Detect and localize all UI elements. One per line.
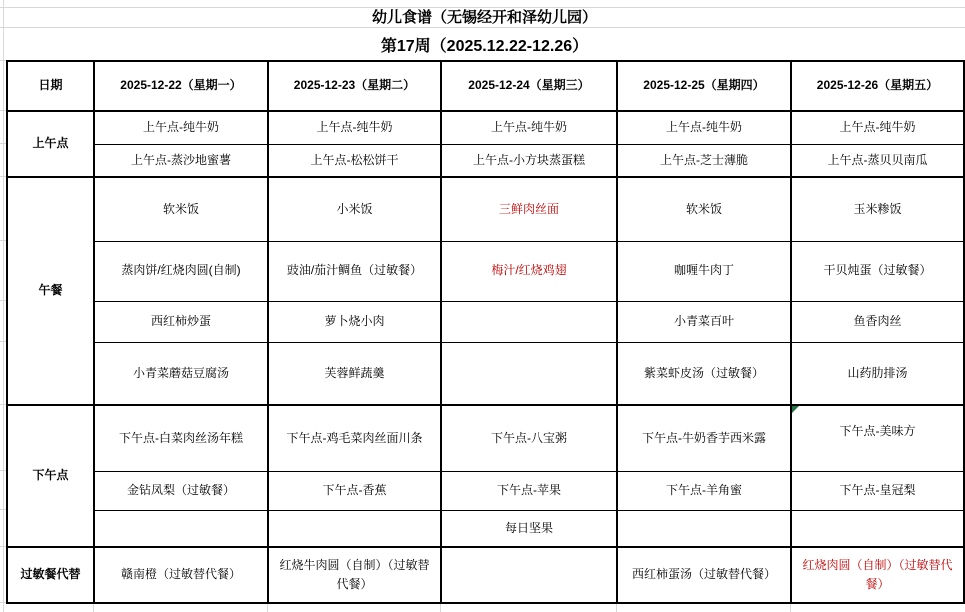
menu-cell[interactable]: 下午点-苹果 — [441, 471, 617, 510]
table-row: 每日坚果 — [7, 510, 964, 547]
menu-cell[interactable]: 上午点-纯牛奶 — [94, 111, 268, 144]
green-corner-marker-icon — [792, 406, 799, 413]
menu-cell[interactable]: 上午点-小方块蒸蛋糕 — [441, 144, 617, 177]
table-row: 金钻凤梨（过敏餐） 下午点-香蕉 下午点-苹果 下午点-羊角蜜 下午点-皇冠梨 — [7, 471, 964, 510]
menu-cell[interactable] — [617, 510, 791, 547]
menu-cell[interactable]: 红烧牛肉圆（自制）（过敏替代餐） — [268, 547, 441, 603]
menu-cell[interactable]: 干贝炖蛋（过敏餐） — [791, 241, 964, 301]
menu-cell[interactable]: 玉米糁饭 — [791, 177, 964, 241]
menu-cell[interactable]: 上午点-松松饼干 — [268, 144, 441, 177]
spreadsheet-view: 幼儿食谱（无锡经开和泽幼儿园） 第17周（2025.12.22-12.26） 日… — [0, 0, 965, 612]
menu-cell[interactable]: 每日坚果 — [441, 510, 617, 547]
menu-cell[interactable] — [791, 510, 964, 547]
menu-cell[interactable]: 金钻凤梨（过敏餐） — [94, 471, 268, 510]
menu-cell[interactable]: 下午点-美味方 — [791, 405, 964, 471]
table-row: 午餐 软米饭 小米饭 三鲜肉丝面 软米饭 玉米糁饭 — [7, 177, 964, 241]
menu-cell[interactable]: 西红柿蛋汤（过敏替代餐） — [617, 547, 791, 603]
menu-cell[interactable]: 萝卜烧小肉 — [268, 301, 441, 342]
table-row: 下午点 下午点-白菜肉丝汤年糕 下午点-鸡毛菜肉丝面川条 下午点-八宝粥 下午点… — [7, 405, 964, 471]
menu-cell[interactable]: 下午点-香蕉 — [268, 471, 441, 510]
menu-cell[interactable] — [94, 510, 268, 547]
menu-cell[interactable]: 下午点-鸡毛菜肉丝面川条 — [268, 405, 441, 471]
row-group-label-lunch[interactable]: 午餐 — [7, 177, 94, 405]
menu-cell[interactable]: 豉油/茄汁鲷鱼（过敏餐） — [268, 241, 441, 301]
menu-cell[interactable]: 上午点-纯牛奶 — [617, 111, 791, 144]
menu-cell[interactable]: 赣南橙（过敏替代餐） — [94, 547, 268, 603]
day-header-cell[interactable]: 2025-12-25（星期四） — [617, 61, 791, 111]
table-row: 上午点 上午点-纯牛奶 上午点-纯牛奶 上午点-纯牛奶 上午点-纯牛奶 上午点-… — [7, 111, 964, 144]
menu-cell[interactable]: 下午点-八宝粥 — [441, 405, 617, 471]
table-row: 上午点-蒸沙地蜜薯 上午点-松松饼干 上午点-小方块蒸蛋糕 上午点-芝士薄脆 上… — [7, 144, 964, 177]
day-header-cell[interactable]: 2025-12-23（星期二） — [268, 61, 441, 111]
gridline — [0, 27, 965, 28]
menu-cell[interactable]: 上午点-蒸沙地蜜薯 — [94, 144, 268, 177]
page-title[interactable]: 幼儿食谱（无锡经开和泽幼儿园） — [6, 6, 963, 27]
menu-cell[interactable] — [441, 342, 617, 405]
menu-cell[interactable]: 芙蓉鲜蔬羹 — [268, 342, 441, 405]
menu-cell[interactable]: 下午点-皇冠梨 — [791, 471, 964, 510]
gridline — [3, 0, 4, 612]
menu-cell[interactable]: 上午点-蒸贝贝南瓜 — [791, 144, 964, 177]
day-header-cell[interactable]: 2025-12-22（星期一） — [94, 61, 268, 111]
menu-cell[interactable]: 三鲜肉丝面 — [441, 177, 617, 241]
menu-cell[interactable] — [441, 547, 617, 603]
corner-cell-date-label[interactable]: 日期 — [7, 61, 94, 111]
day-header-cell[interactable]: 2025-12-26（星期五） — [791, 61, 964, 111]
menu-cell[interactable]: 软米饭 — [94, 177, 268, 241]
menu-cell[interactable]: 上午点-纯牛奶 — [268, 111, 441, 144]
menu-cell[interactable]: 蒸肉饼/红烧肉圆(自制) — [94, 241, 268, 301]
menu-cell[interactable]: 上午点-芝士薄脆 — [617, 144, 791, 177]
row-group-label-afternoon-snack[interactable]: 下午点 — [7, 405, 94, 547]
table-row: 小青菜蘑菇豆腐汤 芙蓉鲜蔬羹 紫菜虾皮汤（过敏餐） 山药肋排汤 — [7, 342, 964, 405]
row-group-label-allergy[interactable]: 过敏餐代替 — [7, 547, 94, 603]
menu-cell[interactable]: 红烧肉圆（自制）（过敏替代餐） — [791, 547, 964, 603]
menu-cell[interactable] — [268, 510, 441, 547]
week-subtitle[interactable]: 第17周（2025.12.22-12.26） — [6, 33, 963, 56]
menu-cell[interactable]: 西红柿炒蛋 — [94, 301, 268, 342]
table-row: 过敏餐代替 赣南橙（过敏替代餐） 红烧牛肉圆（自制）（过敏替代餐） 西红柿蛋汤（… — [7, 547, 964, 603]
table-header-row: 日期 2025-12-22（星期一） 2025-12-23（星期二） 2025-… — [7, 61, 964, 111]
day-header-cell[interactable]: 2025-12-24（星期三） — [441, 61, 617, 111]
menu-cell[interactable]: 下午点-羊角蜜 — [617, 471, 791, 510]
menu-cell[interactable]: 软米饭 — [617, 177, 791, 241]
row-group-label-morning-snack[interactable]: 上午点 — [7, 111, 94, 177]
menu-table: 日期 2025-12-22（星期一） 2025-12-23（星期二） 2025-… — [6, 60, 965, 604]
menu-cell[interactable]: 小青菜蘑菇豆腐汤 — [94, 342, 268, 405]
menu-cell[interactable]: 山药肋排汤 — [791, 342, 964, 405]
menu-cell[interactable]: 小米饭 — [268, 177, 441, 241]
menu-cell[interactable]: 上午点-纯牛奶 — [791, 111, 964, 144]
menu-cell[interactable]: 下午点-牛奶香芋西米露 — [617, 405, 791, 471]
table-row: 蒸肉饼/红烧肉圆(自制) 豉油/茄汁鲷鱼（过敏餐） 梅汁/红烧鸡翅 咖喱牛肉丁 … — [7, 241, 964, 301]
menu-cell[interactable]: 咖喱牛肉丁 — [617, 241, 791, 301]
table-row: 西红柿炒蛋 萝卜烧小肉 小青菜百叶 鱼香肉丝 — [7, 301, 964, 342]
menu-cell[interactable]: 小青菜百叶 — [617, 301, 791, 342]
menu-cell[interactable]: 上午点-纯牛奶 — [441, 111, 617, 144]
menu-cell[interactable]: 下午点-白菜肉丝汤年糕 — [94, 405, 268, 471]
menu-cell[interactable]: 梅汁/红烧鸡翅 — [441, 241, 617, 301]
menu-cell[interactable] — [441, 301, 617, 342]
menu-cell[interactable]: 鱼香肉丝 — [791, 301, 964, 342]
menu-cell[interactable]: 紫菜虾皮汤（过敏餐） — [617, 342, 791, 405]
